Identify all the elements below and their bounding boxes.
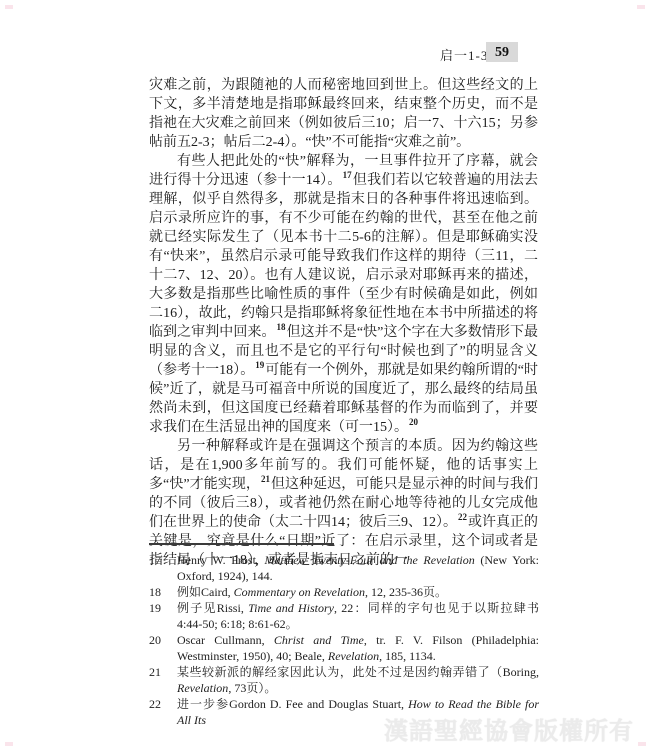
book-title: Time and History	[248, 601, 334, 615]
body-paragraph: 有些人把此处的“快”解释为，一旦事件拉开了序幕，就会进行得十分迅速（参十一14）…	[149, 152, 538, 437]
body-paragraph: 灾难之前，为跟随祂的人而秘密地回到世上。但这些经文的上下文，多半清楚地是指耶稣最…	[149, 76, 538, 152]
footnote-list: 17Henry W. Frost, Matthew Twenty-Four an…	[149, 552, 539, 728]
scanned-book-page: 启一1-3 59 灾难之前，为跟随祂的人而秘密地回到世上。但这些经文的上下文，多…	[0, 0, 650, 750]
footnote-number: 19	[149, 600, 161, 616]
footnote: 17Henry W. Frost, Matthew Twenty-Four an…	[149, 552, 539, 584]
crop-mark	[638, 742, 646, 746]
footnote-number: 21	[149, 664, 161, 680]
footnote-ref: 22	[457, 512, 468, 522]
footnote-block: 17Henry W. Frost, Matthew Twenty-Four an…	[149, 543, 539, 728]
page-number-badge: 59	[486, 42, 518, 62]
footnote: 19例子见Rissi, Time and History, 22：同样的字句也见…	[149, 600, 539, 632]
footnote-number: 22	[149, 696, 161, 712]
footnote-number: 20	[149, 632, 161, 648]
book-title: Christ and Time	[274, 633, 364, 647]
book-title: Matthew Twenty-Four and the Revelation	[265, 553, 475, 567]
footnote-number: 18	[149, 584, 161, 600]
body-text: 灾难之前，为跟随祂的人而秘密地回到世上。但这些经文的上下文，多半清楚地是指耶稣最…	[149, 76, 538, 570]
footnote: 21某些较新派的解经家因此认为，此处不过是因约翰弄错了（Boring, Reve…	[149, 664, 539, 696]
running-title: 启一1-3	[440, 45, 488, 64]
footnote-ref: 17	[342, 170, 353, 180]
footnote-ref: 18	[276, 322, 287, 332]
crop-mark	[637, 5, 645, 9]
footnote-ref: 20	[408, 417, 419, 427]
footnote-ref: 19	[254, 360, 265, 370]
footnote-ref: 21	[260, 474, 271, 484]
crop-mark	[5, 5, 13, 9]
footnote-separator	[149, 543, 334, 545]
footnote: 20Oscar Cullmann, Christ and Time, tr. F…	[149, 632, 539, 664]
book-title: Revelation	[328, 649, 379, 663]
copyright-watermark: 漢語聖經協會版權所有	[384, 711, 634, 746]
crop-mark	[5, 742, 13, 746]
book-title: Commentary on Revelation	[234, 585, 365, 599]
book-title: Revelation	[177, 681, 228, 695]
footnote-number: 17	[149, 552, 161, 568]
footnote: 18例如Caird, Commentary on Revelation, 12,…	[149, 584, 539, 600]
page-header: 启一1-3 59	[0, 42, 650, 64]
